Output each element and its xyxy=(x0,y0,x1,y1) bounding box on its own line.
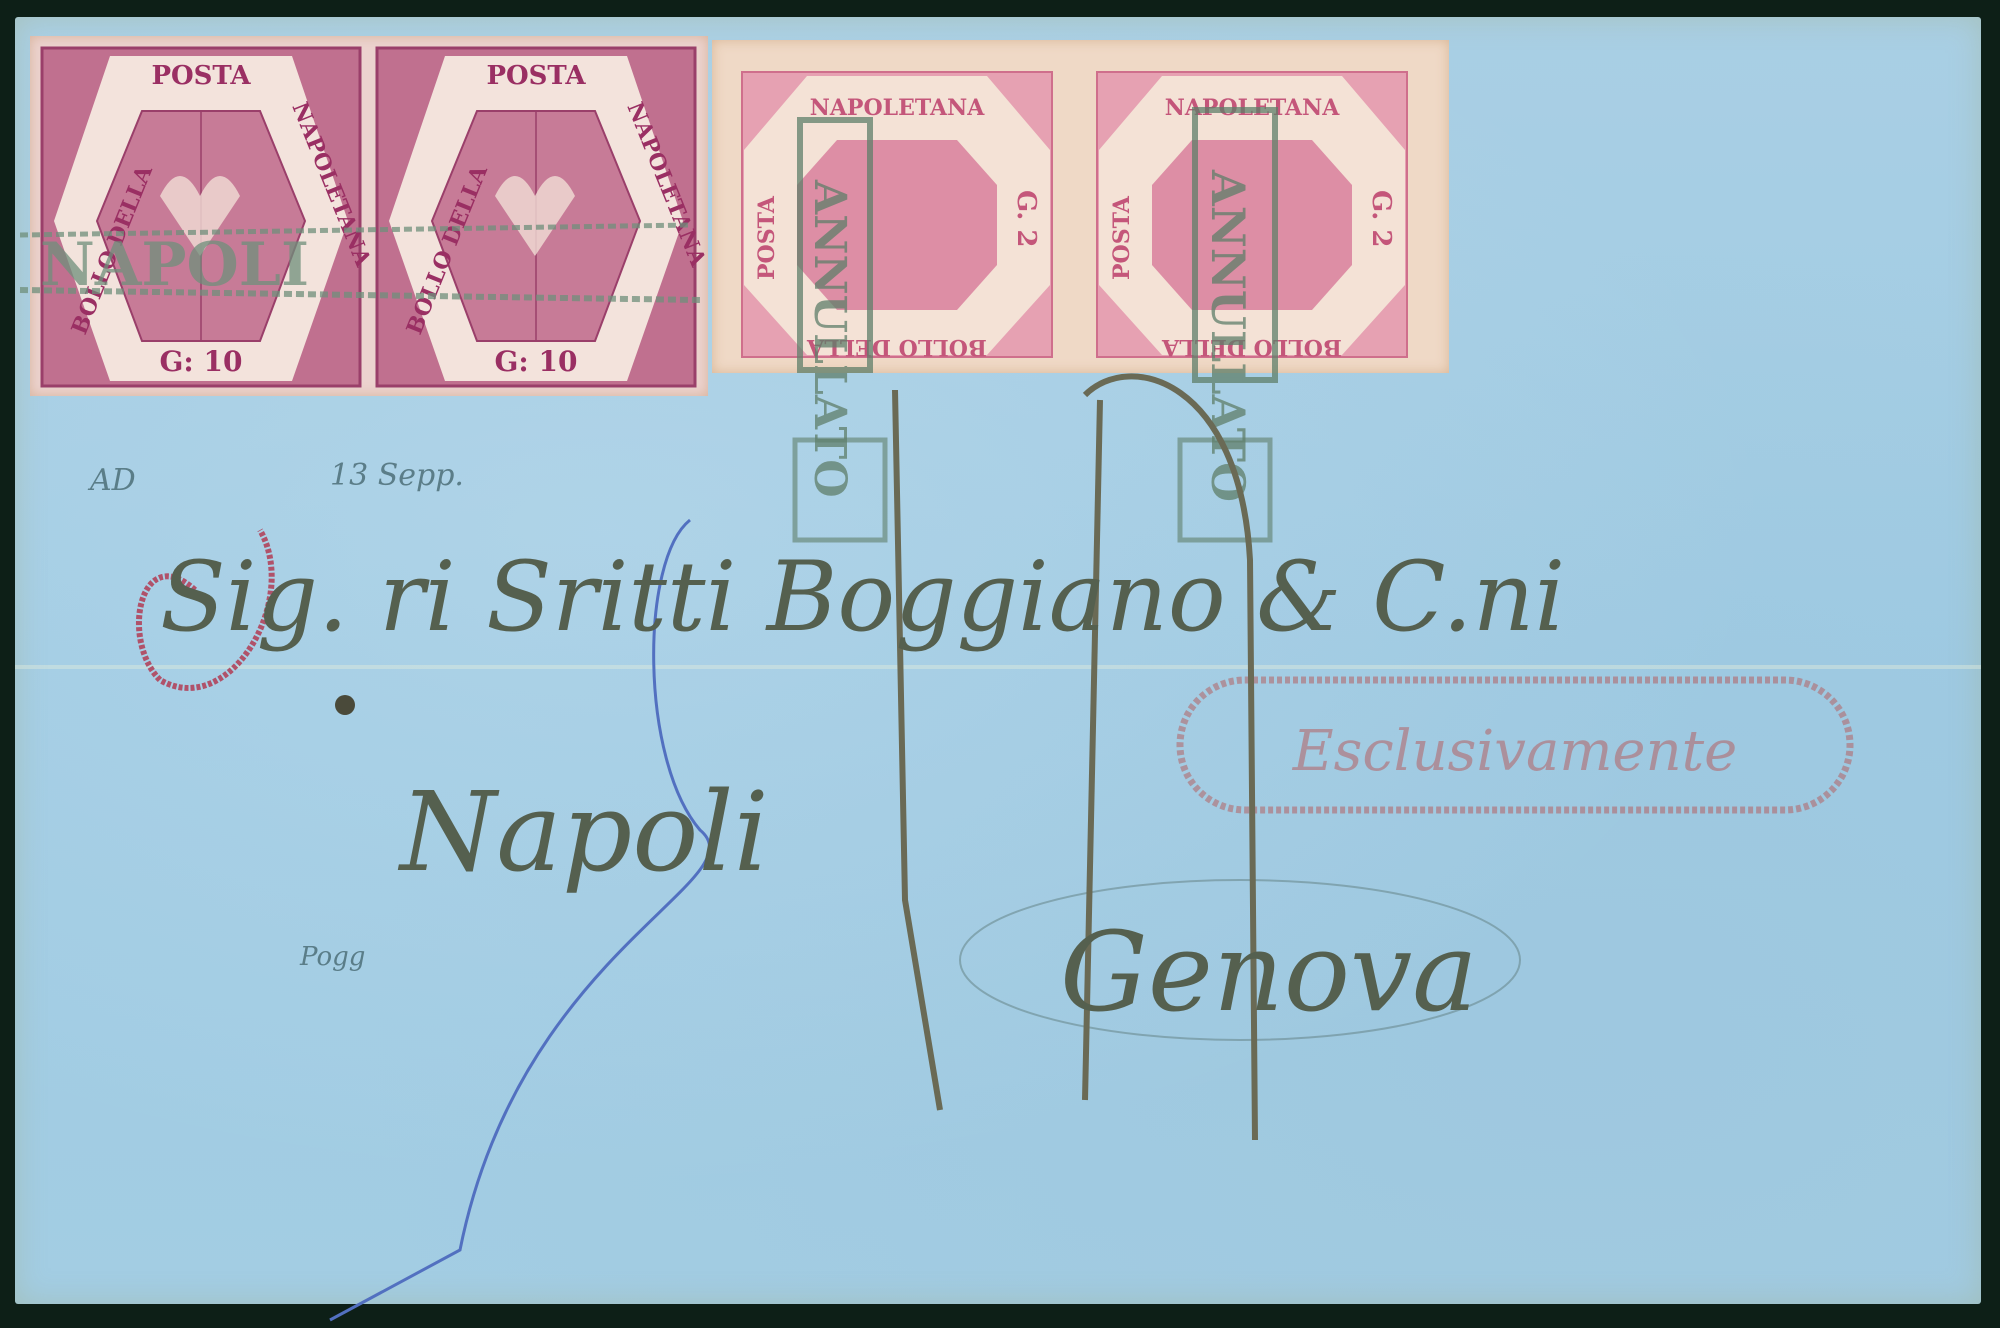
address-line-1: Sig. ri Sritti Boggiano & C.ni xyxy=(160,541,1565,653)
svg-text:13 Sepp.: 13 Sepp. xyxy=(330,458,464,493)
svg-text:Pogg: Pogg xyxy=(299,942,365,972)
ink-dot xyxy=(335,695,355,715)
markings-layer: NAPOLI ANNULLATO ANNULLATO Esclusivament… xyxy=(0,0,2000,1328)
straightline-cancel: NAPOLI xyxy=(20,225,700,300)
address-line-3: Genova xyxy=(1060,908,1478,1036)
svg-text:ANNULLATO: ANNULLATO xyxy=(804,179,855,498)
address-line-2: Napoli xyxy=(397,768,769,896)
svg-text:Esclusivamente: Esclusivamente xyxy=(1292,719,1738,784)
svg-text:AD: AD xyxy=(87,463,136,498)
address: Sig. ri Sritti Boggiano & C.ni Napoli Ge… xyxy=(160,541,1565,1036)
red-oval-cancel: Esclusivamente xyxy=(1180,680,1850,810)
boxed-cancel-3 xyxy=(795,440,1270,540)
boxed-cancel-2: ANNULLATO xyxy=(1195,110,1275,502)
svg-text:NAPOLI: NAPOLI xyxy=(40,230,309,300)
